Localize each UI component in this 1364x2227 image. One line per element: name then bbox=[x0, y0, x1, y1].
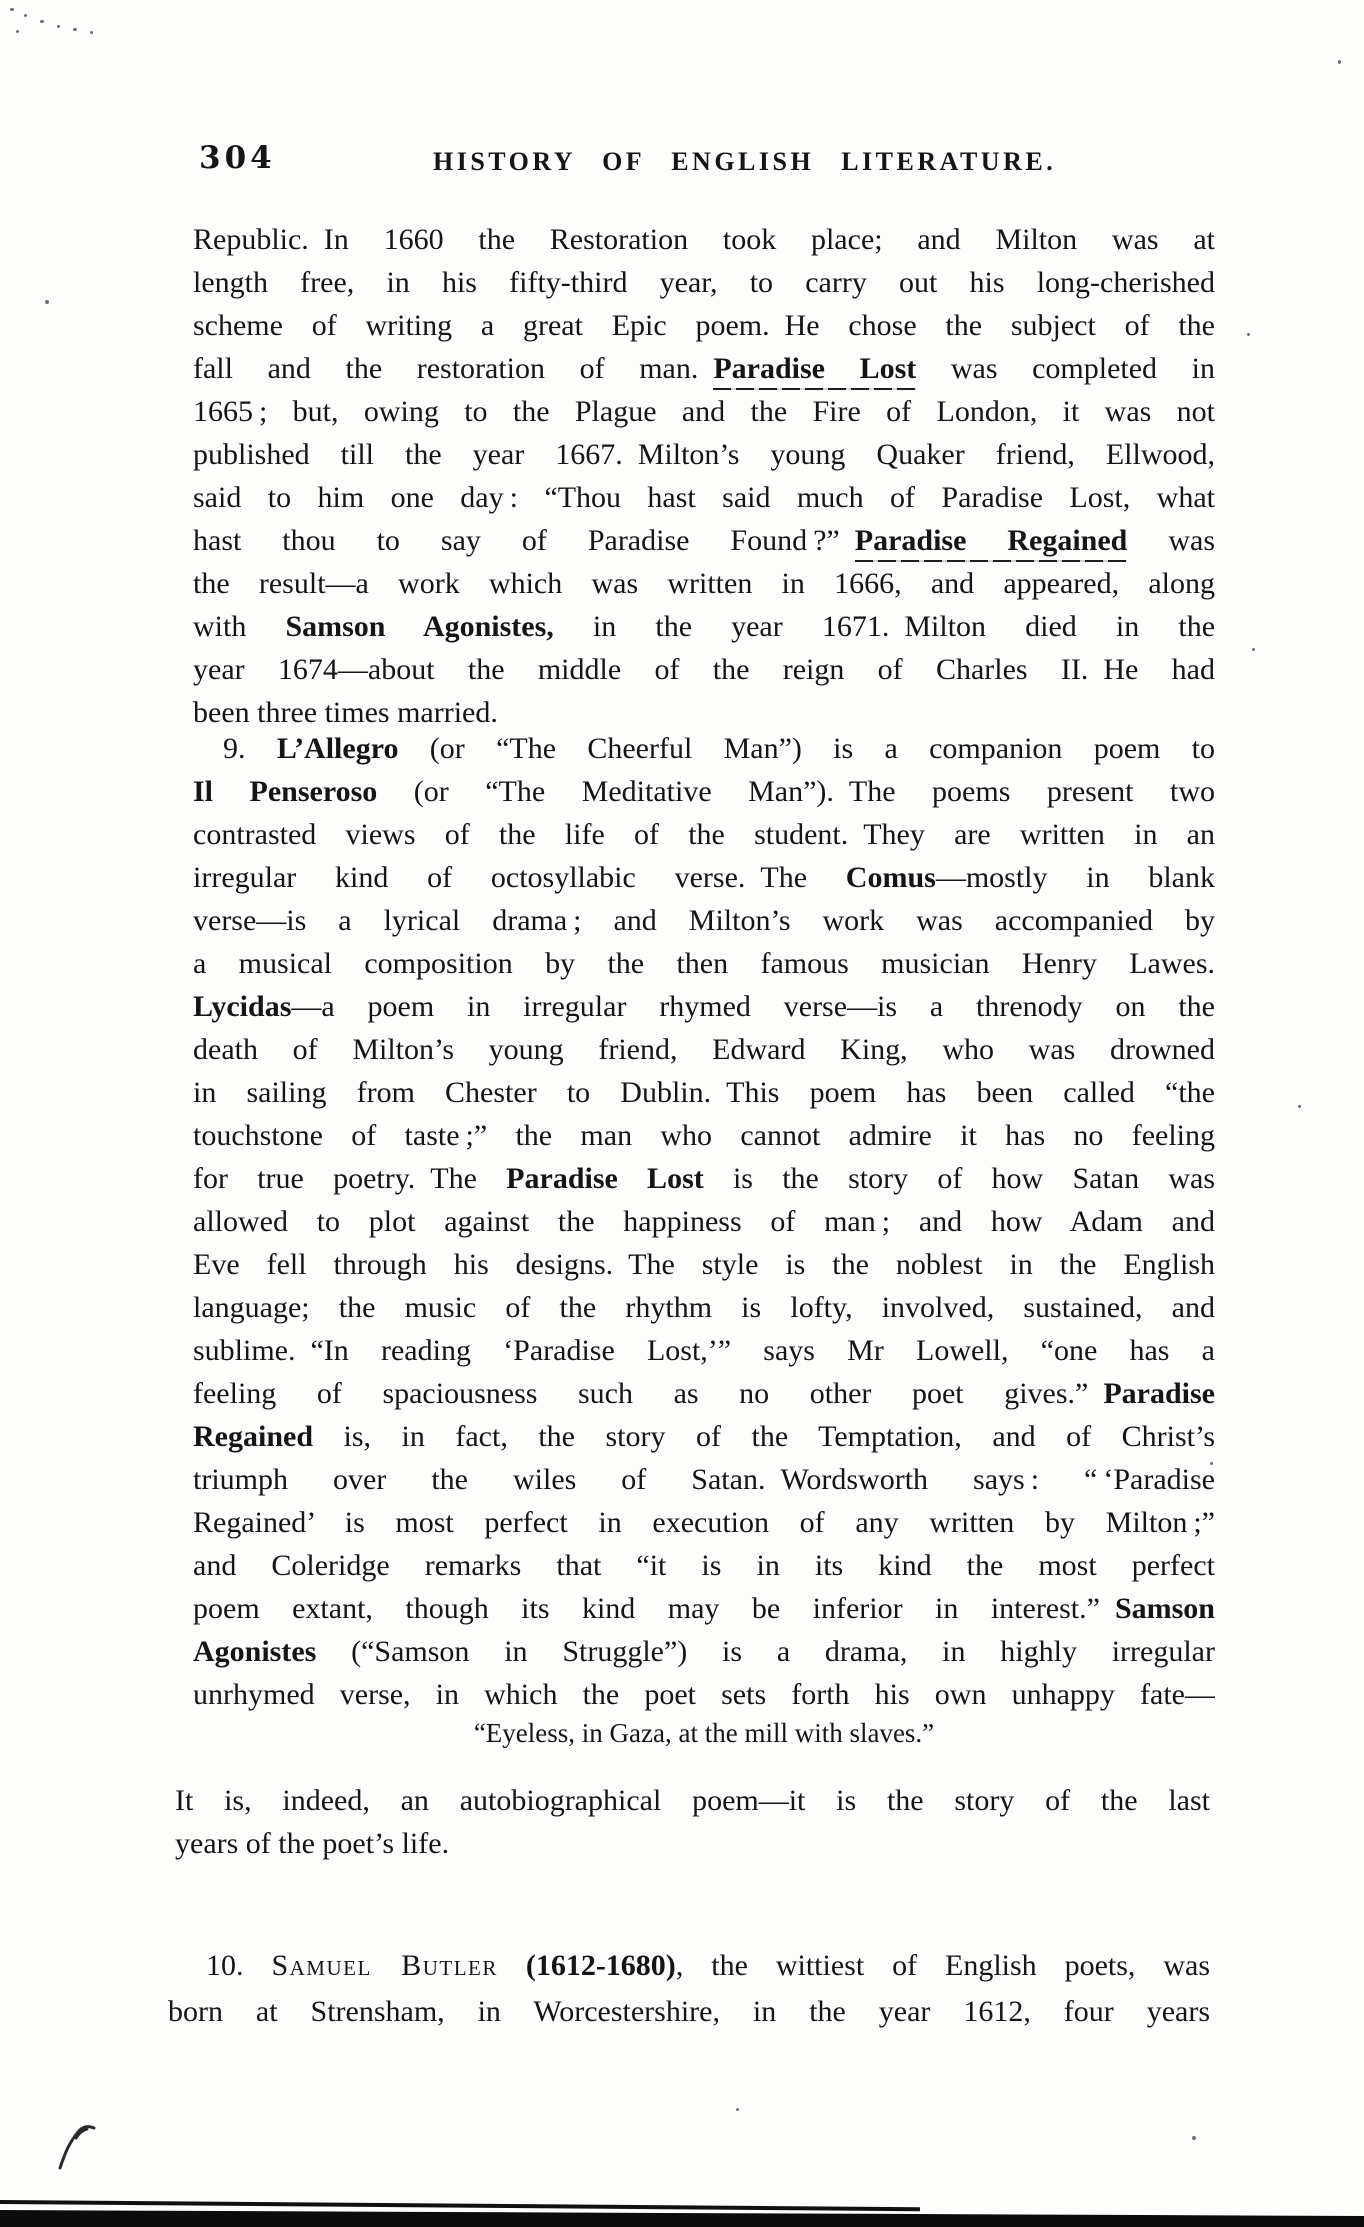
text-run: published till the year 1667. Milton’s y… bbox=[193, 438, 1215, 471]
text-run: 1665 ; but, owing to the Plague and the … bbox=[193, 395, 1215, 428]
paragraph-milton-epics: Republic. In 1660 the Restoration took p… bbox=[193, 218, 1215, 734]
styled-text-run: Agonistes bbox=[193, 1635, 316, 1668]
styled-text-run: Paradise Lost bbox=[506, 1162, 704, 1195]
text-line: hast thou to say of Paradise Found ?” Pa… bbox=[193, 519, 1215, 562]
text-line: year 1674—about the middle of the reign … bbox=[193, 648, 1215, 691]
text-line: Lycidas—a poem in irregular rhymed verse… bbox=[193, 985, 1215, 1028]
text-run: fall and the restoration of man. bbox=[193, 352, 713, 385]
scan-speck bbox=[24, 14, 27, 17]
quote-line: “Eyeless, in Gaza, at the mill with slav… bbox=[193, 1712, 1215, 1755]
scan-speck bbox=[40, 20, 44, 23]
text-run: in sailing from Chester to Dublin. This … bbox=[193, 1076, 1215, 1109]
text-line: Regained is, in fact, the story of the T… bbox=[193, 1415, 1215, 1458]
text-run: touchstone of taste ;” the man who canno… bbox=[193, 1119, 1215, 1152]
text-run: in the year 1671. Milton died in the bbox=[554, 610, 1215, 643]
text-run: triumph over the wiles of Satan. Wordswo… bbox=[193, 1463, 1215, 1496]
text-run: is, in fact, the story of the Temptation… bbox=[313, 1420, 1215, 1453]
text-run: hast thou to say of Paradise Found ?” bbox=[193, 524, 855, 557]
text-run: allowed to plot against the happiness of… bbox=[193, 1205, 1215, 1238]
text-line: poem extant, though its kind may be infe… bbox=[193, 1587, 1215, 1630]
text-run: length free, in his fifty-third year, to… bbox=[193, 266, 1215, 299]
text-run: death of Milton’s young friend, Edward K… bbox=[193, 1033, 1215, 1066]
scan-speck bbox=[1252, 648, 1255, 651]
text-line: Il Penseroso (or “The Meditative Man”). … bbox=[193, 770, 1215, 813]
text-run: feeling of spaciousness such as no other… bbox=[193, 1377, 1103, 1410]
styled-text-run: Samson bbox=[1115, 1592, 1215, 1625]
text-run: and Coleridge remarks that “it is in its… bbox=[193, 1549, 1215, 1582]
text-run: verse—is a lyrical drama ; and Milton’s … bbox=[193, 904, 1215, 937]
text-line: and Coleridge remarks that “it is in its… bbox=[193, 1544, 1215, 1587]
text-run: said to him one day : “Thou hast said mu… bbox=[193, 481, 1215, 514]
scan-speck bbox=[1192, 2136, 1196, 2140]
styled-text-run: Samson Agonistes, bbox=[285, 610, 553, 643]
styled-text-run: Regained bbox=[193, 1420, 313, 1453]
page-number: 304 bbox=[199, 140, 276, 176]
text-run: Eve fell through his designs. The style … bbox=[193, 1248, 1215, 1281]
text-line: 10. Samuel Butler (1612-1680), the witti… bbox=[168, 1943, 1210, 1989]
scan-speck bbox=[57, 25, 60, 28]
text-run: , the wittiest of English poets, was bbox=[676, 1949, 1210, 1982]
underlined-bold-title: Paradise Lost bbox=[713, 352, 916, 390]
text-line: published till the year 1667. Milton’s y… bbox=[193, 433, 1215, 476]
scan-speck bbox=[90, 31, 93, 34]
styled-text-run: Lycidas bbox=[193, 990, 291, 1023]
text-line: scheme of writing a great Epic poem. He … bbox=[193, 304, 1215, 347]
scan-edge-artifact bbox=[0, 2216, 1364, 2227]
text-run: the result—a work which was written in 1… bbox=[193, 567, 1215, 600]
text-line: Eve fell through his designs. The style … bbox=[193, 1243, 1215, 1286]
text-run: (or “The Cheerful Man”) is a companion p… bbox=[398, 732, 1215, 765]
text-line: Agonistes (“Samson in Struggle”) is a dr… bbox=[193, 1630, 1215, 1673]
text-run: 9. bbox=[223, 732, 277, 765]
text-line: Republic. In 1660 the Restoration took p… bbox=[193, 218, 1215, 261]
text-run: Republic. In 1660 the Restoration took p… bbox=[193, 223, 1215, 256]
text-line: fall and the restoration of man. Paradis… bbox=[193, 347, 1215, 390]
text-run: irregular kind of octosyllabic verse. Th… bbox=[193, 861, 846, 894]
underlined-bold-title: Paradise Regained bbox=[855, 524, 1128, 562]
styled-text-run: Il Penseroso bbox=[193, 775, 377, 808]
text-line: irregular kind of octosyllabic verse. Th… bbox=[193, 856, 1215, 899]
scan-speck bbox=[10, 8, 14, 11]
text-run: year 1674—about the middle of the reign … bbox=[193, 653, 1215, 686]
text-line: years of the poet’s life. bbox=[175, 1822, 1210, 1865]
styled-text-run: L’Allegro bbox=[277, 732, 399, 765]
text-line: touchstone of taste ;” the man who canno… bbox=[193, 1114, 1215, 1157]
paragraph-lallegro-and-other-works: 9. L’Allegro (or “The Cheerful Man”) is … bbox=[193, 727, 1215, 1716]
text-line: length free, in his fifty-third year, to… bbox=[193, 261, 1215, 304]
text-run: Regained’ is most perfect in execution o… bbox=[193, 1506, 1215, 1539]
page-header-title: HISTORY OF ENGLISH LITERATURE. bbox=[433, 147, 1056, 177]
text-line: feeling of spaciousness such as no other… bbox=[193, 1372, 1215, 1415]
styled-text-run: Samuel Butler bbox=[271, 1949, 497, 1982]
text-run: —mostly in blank bbox=[936, 861, 1215, 894]
text-line: born at Strensham, in Worcestershire, in… bbox=[168, 1989, 1210, 2035]
text-line: 1665 ; but, owing to the Plague and the … bbox=[193, 390, 1215, 433]
scan-speck bbox=[1338, 60, 1341, 64]
pencil-mark-artifact bbox=[52, 2120, 102, 2175]
text-line: said to him one day : “Thou hast said mu… bbox=[193, 476, 1215, 519]
text-line: 9. L’Allegro (or “The Cheerful Man”) is … bbox=[193, 727, 1215, 770]
scan-speck bbox=[1298, 1105, 1301, 1108]
text-run: (or “The Meditative Man”). The poems pre… bbox=[377, 775, 1215, 808]
scan-edge-artifact bbox=[0, 2200, 920, 2211]
paragraph-samuel-butler: 10. Samuel Butler (1612-1680), the witti… bbox=[168, 1943, 1210, 2035]
text-line: contrasted views of the life of the stud… bbox=[193, 813, 1215, 856]
text-line: verse—is a lyrical drama ; and Milton’s … bbox=[193, 899, 1215, 942]
text-line: Regained’ is most perfect in execution o… bbox=[193, 1501, 1215, 1544]
paragraph-autobiographical: It is, indeed, an autobiographical poem—… bbox=[175, 1779, 1210, 1865]
text-line: It is, indeed, an autobiographical poem—… bbox=[175, 1779, 1210, 1822]
text-line: unrhymed verse, in which the poet sets f… bbox=[193, 1673, 1215, 1716]
text-run: is the story of how Satan was bbox=[704, 1162, 1215, 1195]
text-run: poem extant, though its kind may be infe… bbox=[193, 1592, 1115, 1625]
styled-text-run: Paradise bbox=[1103, 1377, 1215, 1410]
text-line: the result—a work which was written in 1… bbox=[193, 562, 1215, 605]
text-run: with bbox=[193, 610, 285, 643]
scan-speck bbox=[736, 2108, 739, 2111]
text-run: was bbox=[1127, 524, 1215, 557]
text-run: language; the music of the rhythm is lof… bbox=[193, 1291, 1215, 1324]
text-line: for true poetry. The Paradise Lost is th… bbox=[193, 1157, 1215, 1200]
text-run: 10. bbox=[206, 1949, 271, 1982]
text-line: sublime. “In reading ‘Paradise Lost,’” s… bbox=[193, 1329, 1215, 1372]
scan-speck bbox=[1247, 333, 1250, 336]
text-run bbox=[498, 1949, 526, 1982]
scan-speck bbox=[45, 300, 49, 304]
styled-text-run: Comus bbox=[846, 861, 936, 894]
scan-speck bbox=[16, 30, 19, 33]
scan-speck bbox=[1210, 1462, 1213, 1465]
text-line: in sailing from Chester to Dublin. This … bbox=[193, 1071, 1215, 1114]
text-run: It is, indeed, an autobiographical poem—… bbox=[175, 1784, 1210, 1817]
text-line: triumph over the wiles of Satan. Wordswo… bbox=[193, 1458, 1215, 1501]
text-run: years of the poet’s life. bbox=[175, 1827, 449, 1860]
text-run: sublime. “In reading ‘Paradise Lost,’” s… bbox=[193, 1334, 1215, 1367]
text-run: contrasted views of the life of the stud… bbox=[193, 818, 1215, 851]
text-run: (“Samson in Struggle”) is a drama, in hi… bbox=[316, 1635, 1215, 1668]
text-run: was completed in bbox=[916, 352, 1215, 385]
text-line: a musical composition by the then famous… bbox=[193, 942, 1215, 985]
text-line: allowed to plot against the happiness of… bbox=[193, 1200, 1215, 1243]
text-run: been three times married. bbox=[193, 696, 498, 729]
text-run: unrhymed verse, in which the poet sets f… bbox=[193, 1678, 1215, 1711]
scan-speck bbox=[73, 28, 77, 31]
text-run: for true poetry. The bbox=[193, 1162, 506, 1195]
text-line: language; the music of the rhythm is lof… bbox=[193, 1286, 1215, 1329]
text-line: death of Milton’s young friend, Edward K… bbox=[193, 1028, 1215, 1071]
text-run: a musical composition by the then famous… bbox=[193, 947, 1215, 980]
scanned-book-page: 304 HISTORY OF ENGLISH LITERATURE. Repub… bbox=[0, 0, 1364, 2227]
text-line: with Samson Agonistes, in the year 1671.… bbox=[193, 605, 1215, 648]
text-run: —a poem in irregular rhymed verse—is a t… bbox=[291, 990, 1215, 1023]
text-run: born at Strensham, in Worcestershire, in… bbox=[168, 1995, 1210, 2028]
styled-text-run: (1612-1680) bbox=[526, 1949, 676, 1982]
text-run: scheme of writing a great Epic poem. He … bbox=[193, 309, 1215, 342]
